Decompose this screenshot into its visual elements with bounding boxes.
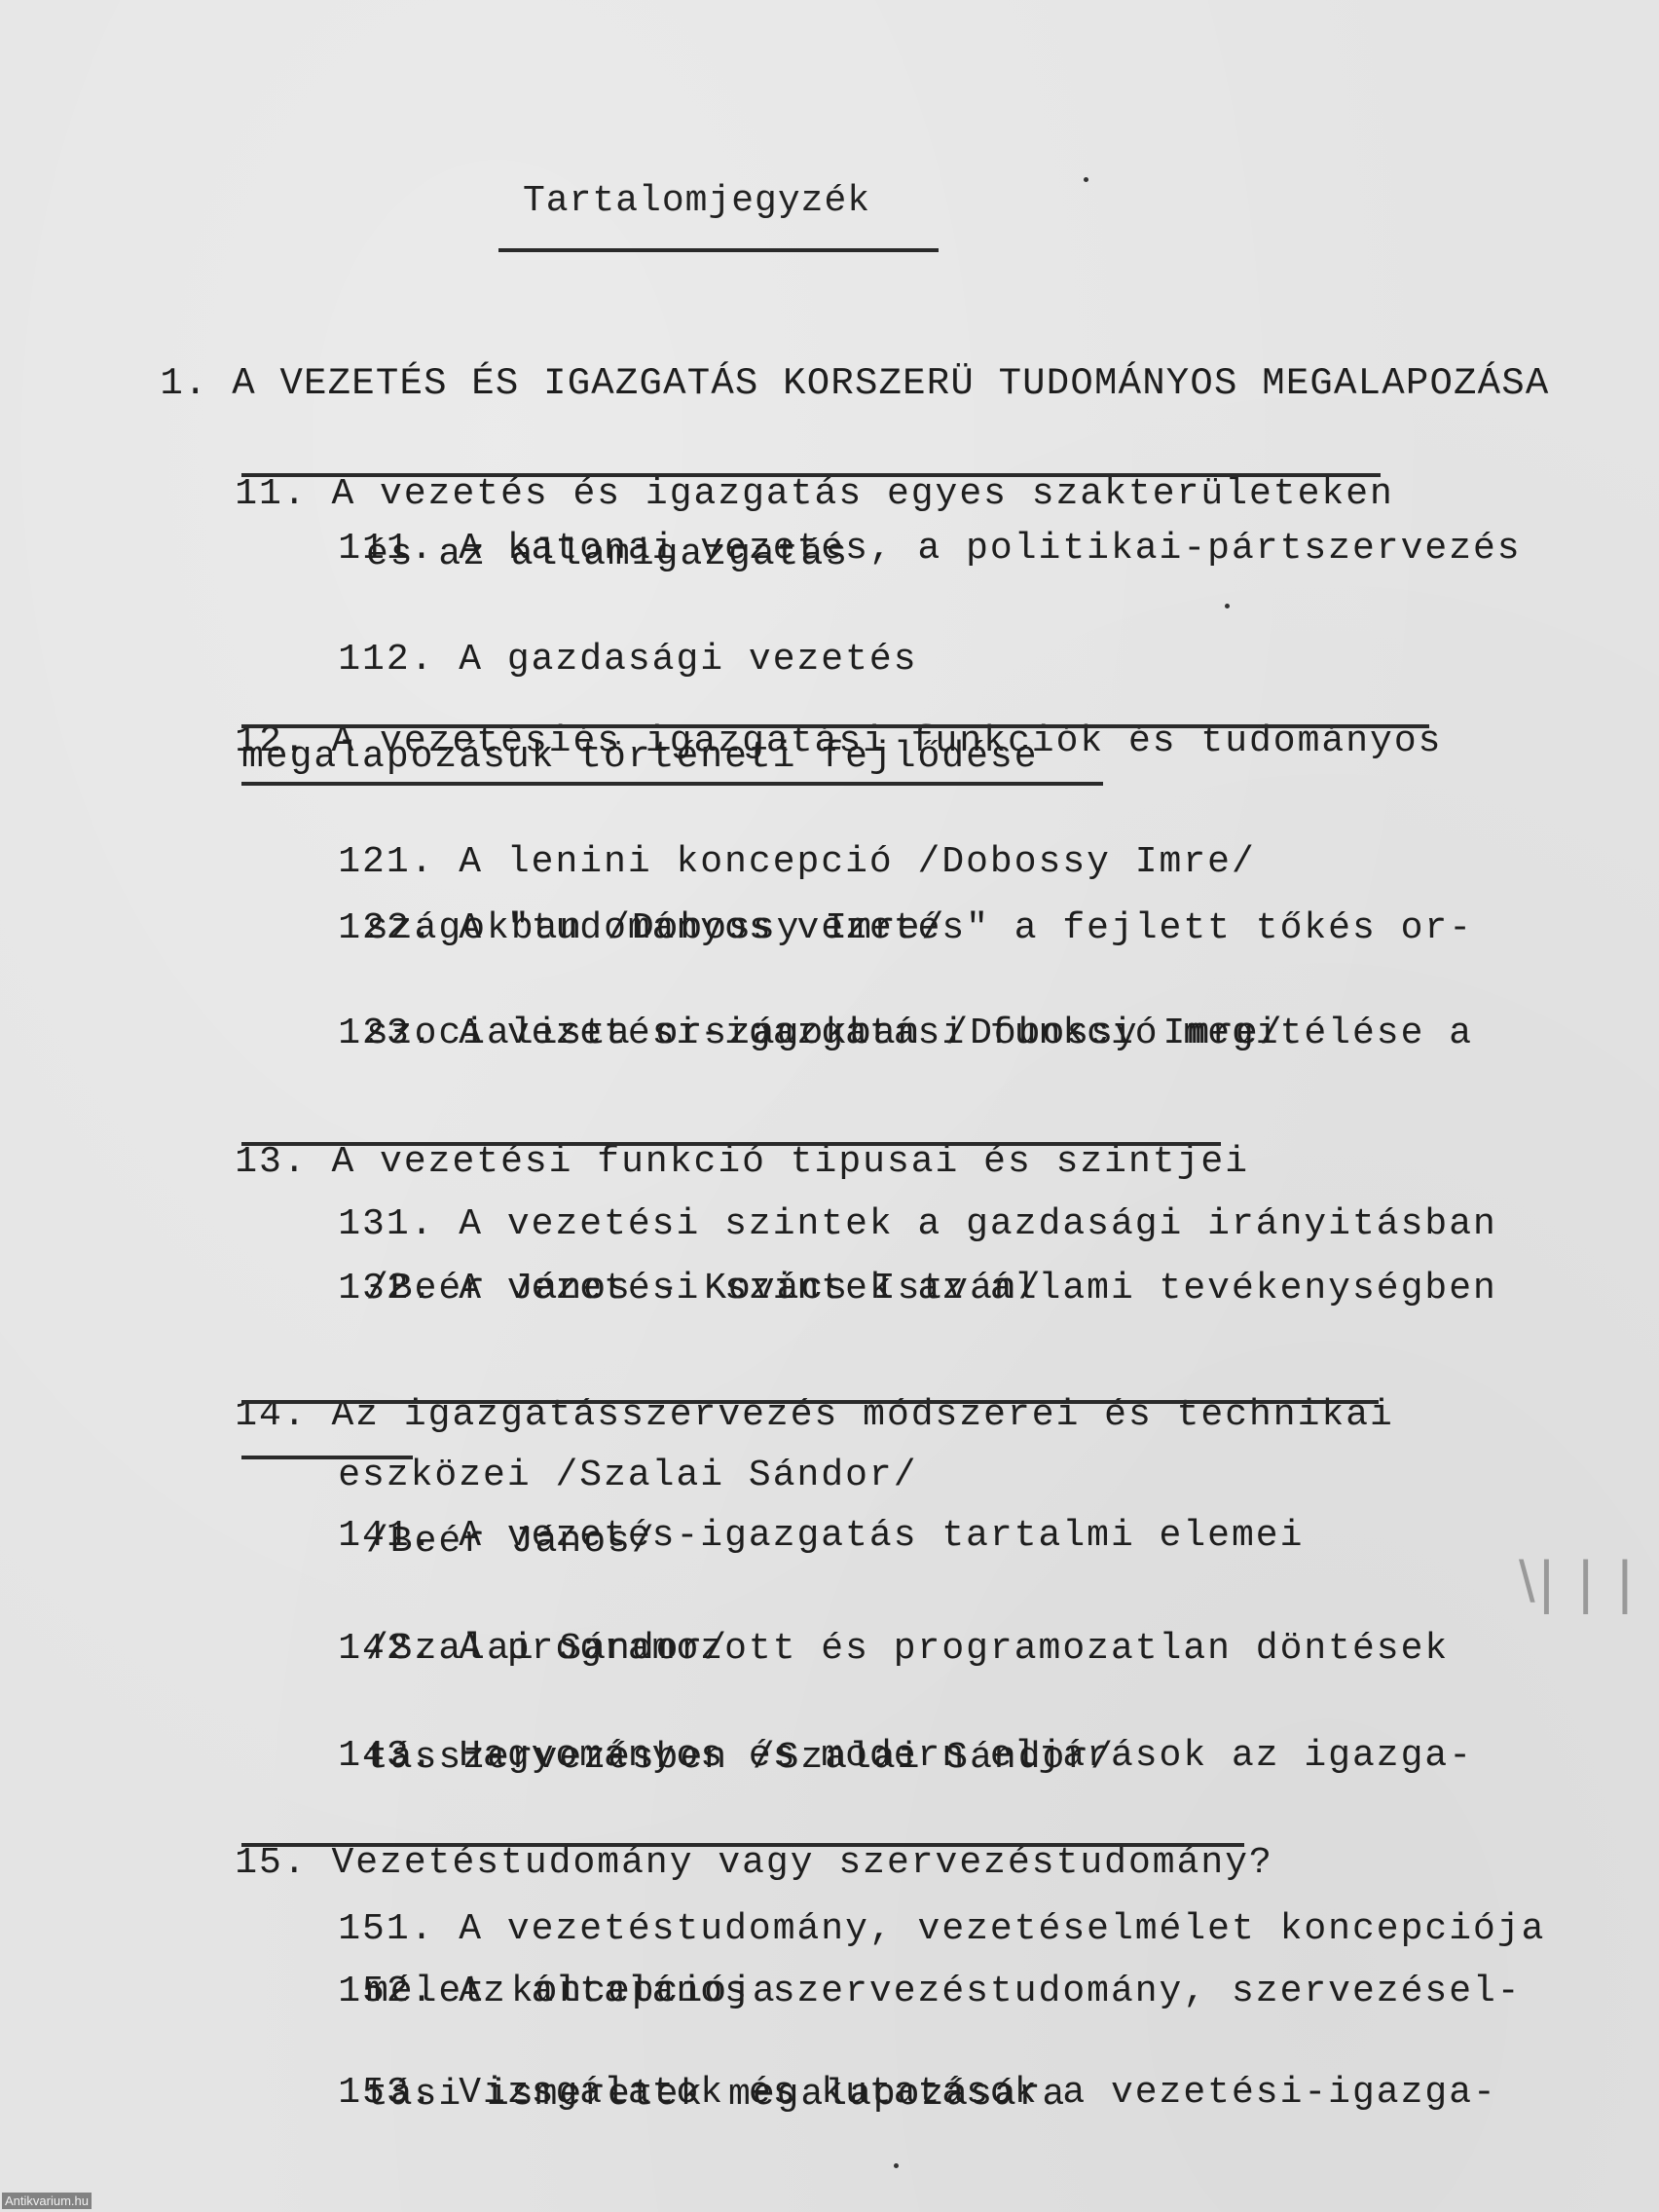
- toc-entry-continuation: mélet koncepciója: [366, 1971, 777, 2013]
- section-underline: [241, 1456, 413, 1459]
- toc-entry-continuation: tási ismeretek megalapozására: [366, 2074, 1066, 2117]
- document-page: Tartalomjegyzék 1. A VEZETÉS ÉS IGAZGATÁ…: [0, 0, 1659, 2212]
- chapter-number: 1.: [160, 362, 207, 405]
- ink-speck: [1225, 604, 1230, 608]
- toc-entry-continuation: tásszervezésben /Szalai Sándor/: [366, 1737, 1115, 1780]
- chapter-title: A VEZETÉS ÉS IGAZGATÁS KORSZERÜ TUDOMÁNY…: [232, 362, 1549, 405]
- toc-entry-continuation: /Beér János - Kovács István/: [366, 1268, 1043, 1310]
- ink-speck: [1084, 177, 1088, 182]
- toc-entry-continuation: /Beér János/: [366, 1521, 656, 1564]
- ink-speck: [894, 2163, 899, 2168]
- section-title-continuation: megalapozásuk történeti fejlődése: [241, 736, 1039, 779]
- entry-text: A gazdasági vezetés: [459, 639, 917, 681]
- toc-entry-continuation: szocialista országokban /Dobossy Imre/: [366, 1013, 1284, 1055]
- section-underline: [241, 1843, 1244, 1847]
- section-underline: [241, 1400, 1379, 1404]
- section-underline: [241, 1142, 1221, 1146]
- margin-pencil-marks: \| | |: [1519, 1548, 1637, 1615]
- toc-entry-continuation: és az államigazgatás: [366, 534, 849, 576]
- title-underline: [498, 248, 939, 252]
- toc-entry-continuation: /Szalai Sándor/: [366, 1628, 728, 1671]
- entry-number: 112.: [338, 639, 434, 681]
- toc-entry-continuation: szágokban /Dobossy Imre/: [366, 907, 945, 950]
- section-underline: [241, 724, 1429, 728]
- section-underline: [241, 782, 1103, 786]
- chapter-heading: 1. A VEZETÉS ÉS IGAZGATÁS KORSZERÜ TUDOM…: [64, 319, 1549, 448]
- page-title: Tartalomjegyzék: [523, 180, 870, 222]
- watermark: Antikvarium.hu: [2, 2193, 92, 2209]
- section-underline: [241, 473, 1381, 477]
